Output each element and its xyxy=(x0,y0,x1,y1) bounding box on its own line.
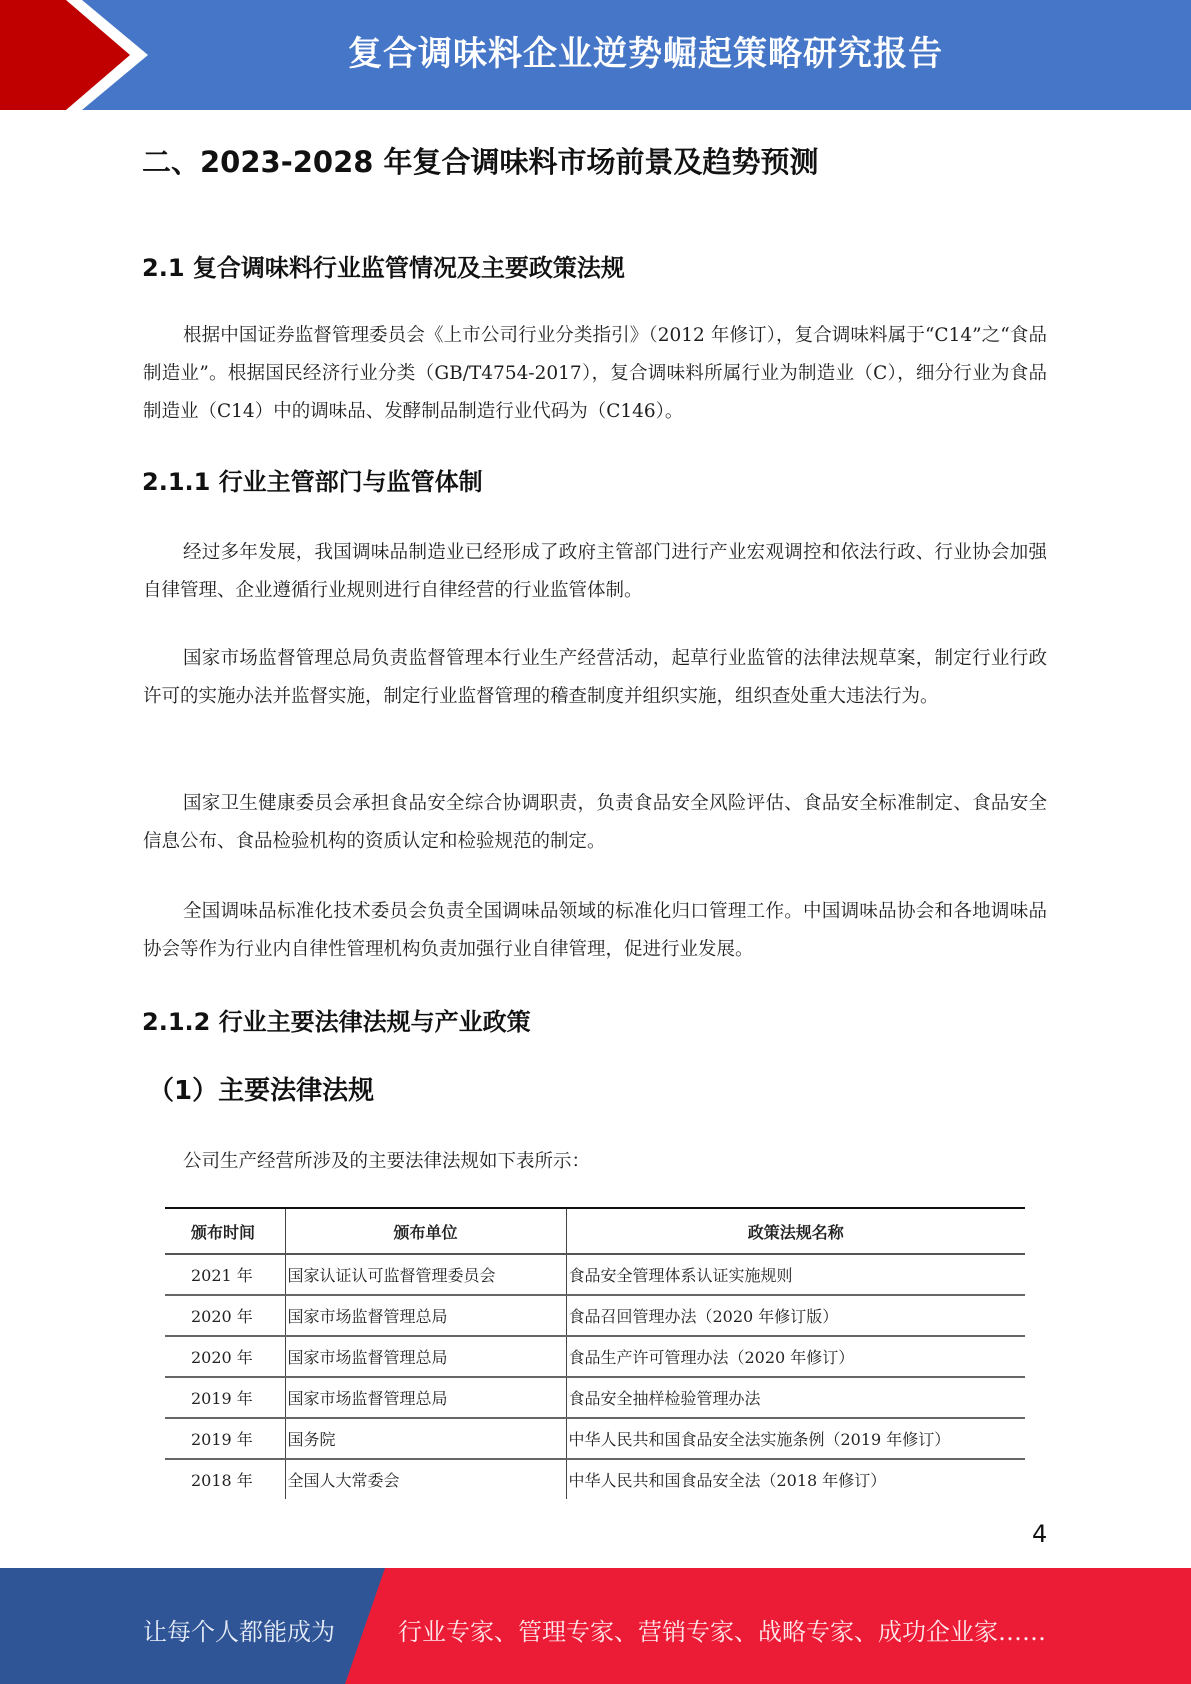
cell-issuer: 国家市场监督管理总局 xyxy=(285,1336,566,1377)
footer-slogan-right: 行业专家、管理专家、营销专家、战略专家、成功企业家…… xyxy=(398,1612,1046,1647)
paragraph-regulatory-system: 经过多年发展，我国调味品制造业已经形成了政府主管部门进行产业宏观调控和依法行政、… xyxy=(143,534,1047,610)
table-row: 2021 年 国家认证认可监督管理委员会 食品安全管理体系认证实施规则 xyxy=(165,1254,1025,1295)
footer-slogan-left: 让每个人都能成为 xyxy=(143,1612,335,1647)
cell-issuer: 国务院 xyxy=(285,1418,566,1459)
paragraph-standards-committee: 全国调味品标准化技术委员会负责全国调味品领域的标准化归口管理工作。中国调味品协会… xyxy=(143,893,1047,969)
table-header-row: 颁布时间 颁布单位 政策法规名称 xyxy=(165,1208,1025,1254)
top-banner: 复合调味料企业逆势崛起策略研究报告 xyxy=(0,0,1191,110)
cell-date: 2020 年 xyxy=(165,1295,285,1336)
subsection-title-2-1-2: 2.1.2 行业主要法律法规与产业政策 xyxy=(142,1002,531,1037)
section-title: 二、2023-2028 年复合调味料市场前景及趋势预测 xyxy=(142,140,819,181)
cell-date: 2018 年 xyxy=(165,1459,285,1499)
table-row: 2019 年 国务院 中华人民共和国食品安全法实施条例（2019 年修订） xyxy=(165,1418,1025,1459)
paragraph-industry-classification: 根据中国证券监督管理委员会《上市公司行业分类指引》（2012 年修订），复合调味… xyxy=(143,317,1047,431)
table-row: 2018 年 全国人大常委会 中华人民共和国食品安全法（2018 年修订） xyxy=(165,1459,1025,1499)
cell-regulation: 中华人民共和国食品安全法（2018 年修订） xyxy=(566,1459,1025,1499)
cell-date: 2020 年 xyxy=(165,1336,285,1377)
paragraph-market-supervision: 国家市场监督管理总局负责监督管理本行业生产经营活动，起草行业监管的法律法规草案，… xyxy=(143,640,1047,716)
cell-regulation: 食品安全抽样检验管理办法 xyxy=(566,1377,1025,1418)
cell-issuer: 全国人大常委会 xyxy=(285,1459,566,1499)
table-row: 2020 年 国家市场监督管理总局 食品生产许可管理办法（2020 年修订） xyxy=(165,1336,1025,1377)
header-issuer: 颁布单位 xyxy=(285,1208,566,1254)
subsection-title-2-1-1: 2.1.1 行业主管部门与监管体制 xyxy=(142,462,483,497)
table-intro: 公司生产经营所涉及的主要法律法规如下表所示： xyxy=(143,1143,1047,1181)
subsection-title-2-1: 2.1 复合调味料行业监管情况及主要政策法规 xyxy=(142,248,625,283)
footer-banner: 让每个人都能成为 行业专家、管理专家、营销专家、战略专家、成功企业家…… xyxy=(0,1568,1191,1684)
cell-regulation: 中华人民共和国食品安全法实施条例（2019 年修订） xyxy=(566,1418,1025,1459)
cell-issuer: 国家认证认可监督管理委员会 xyxy=(285,1254,566,1295)
report-title: 复合调味料企业逆势崛起策略研究报告 xyxy=(0,26,1191,75)
cell-issuer: 国家市场监督管理总局 xyxy=(285,1377,566,1418)
cell-issuer: 国家市场监督管理总局 xyxy=(285,1295,566,1336)
cell-date: 2019 年 xyxy=(165,1418,285,1459)
page-number: 4 xyxy=(1032,1520,1047,1548)
cell-regulation: 食品安全管理体系认证实施规则 xyxy=(566,1254,1025,1295)
cell-date: 2019 年 xyxy=(165,1377,285,1418)
table-row: 2020 年 国家市场监督管理总局 食品召回管理办法（2020 年修订版） xyxy=(165,1295,1025,1336)
cell-regulation: 食品生产许可管理办法（2020 年修订） xyxy=(566,1336,1025,1377)
table-row: 2019 年 国家市场监督管理总局 食品安全抽样检验管理办法 xyxy=(165,1377,1025,1418)
sub-title-laws: （1）主要法律法规 xyxy=(148,1070,374,1107)
header-regulation: 政策法规名称 xyxy=(566,1208,1025,1254)
header-date: 颁布时间 xyxy=(165,1208,285,1254)
paragraph-health-commission: 国家卫生健康委员会承担食品安全综合协调职责，负责食品安全风险评估、食品安全标准制… xyxy=(143,785,1047,861)
cell-date: 2021 年 xyxy=(165,1254,285,1295)
cell-regulation: 食品召回管理办法（2020 年修订版） xyxy=(566,1295,1025,1336)
laws-table: 颁布时间 颁布单位 政策法规名称 2021 年 国家认证认可监督管理委员会 食品… xyxy=(165,1207,1025,1499)
